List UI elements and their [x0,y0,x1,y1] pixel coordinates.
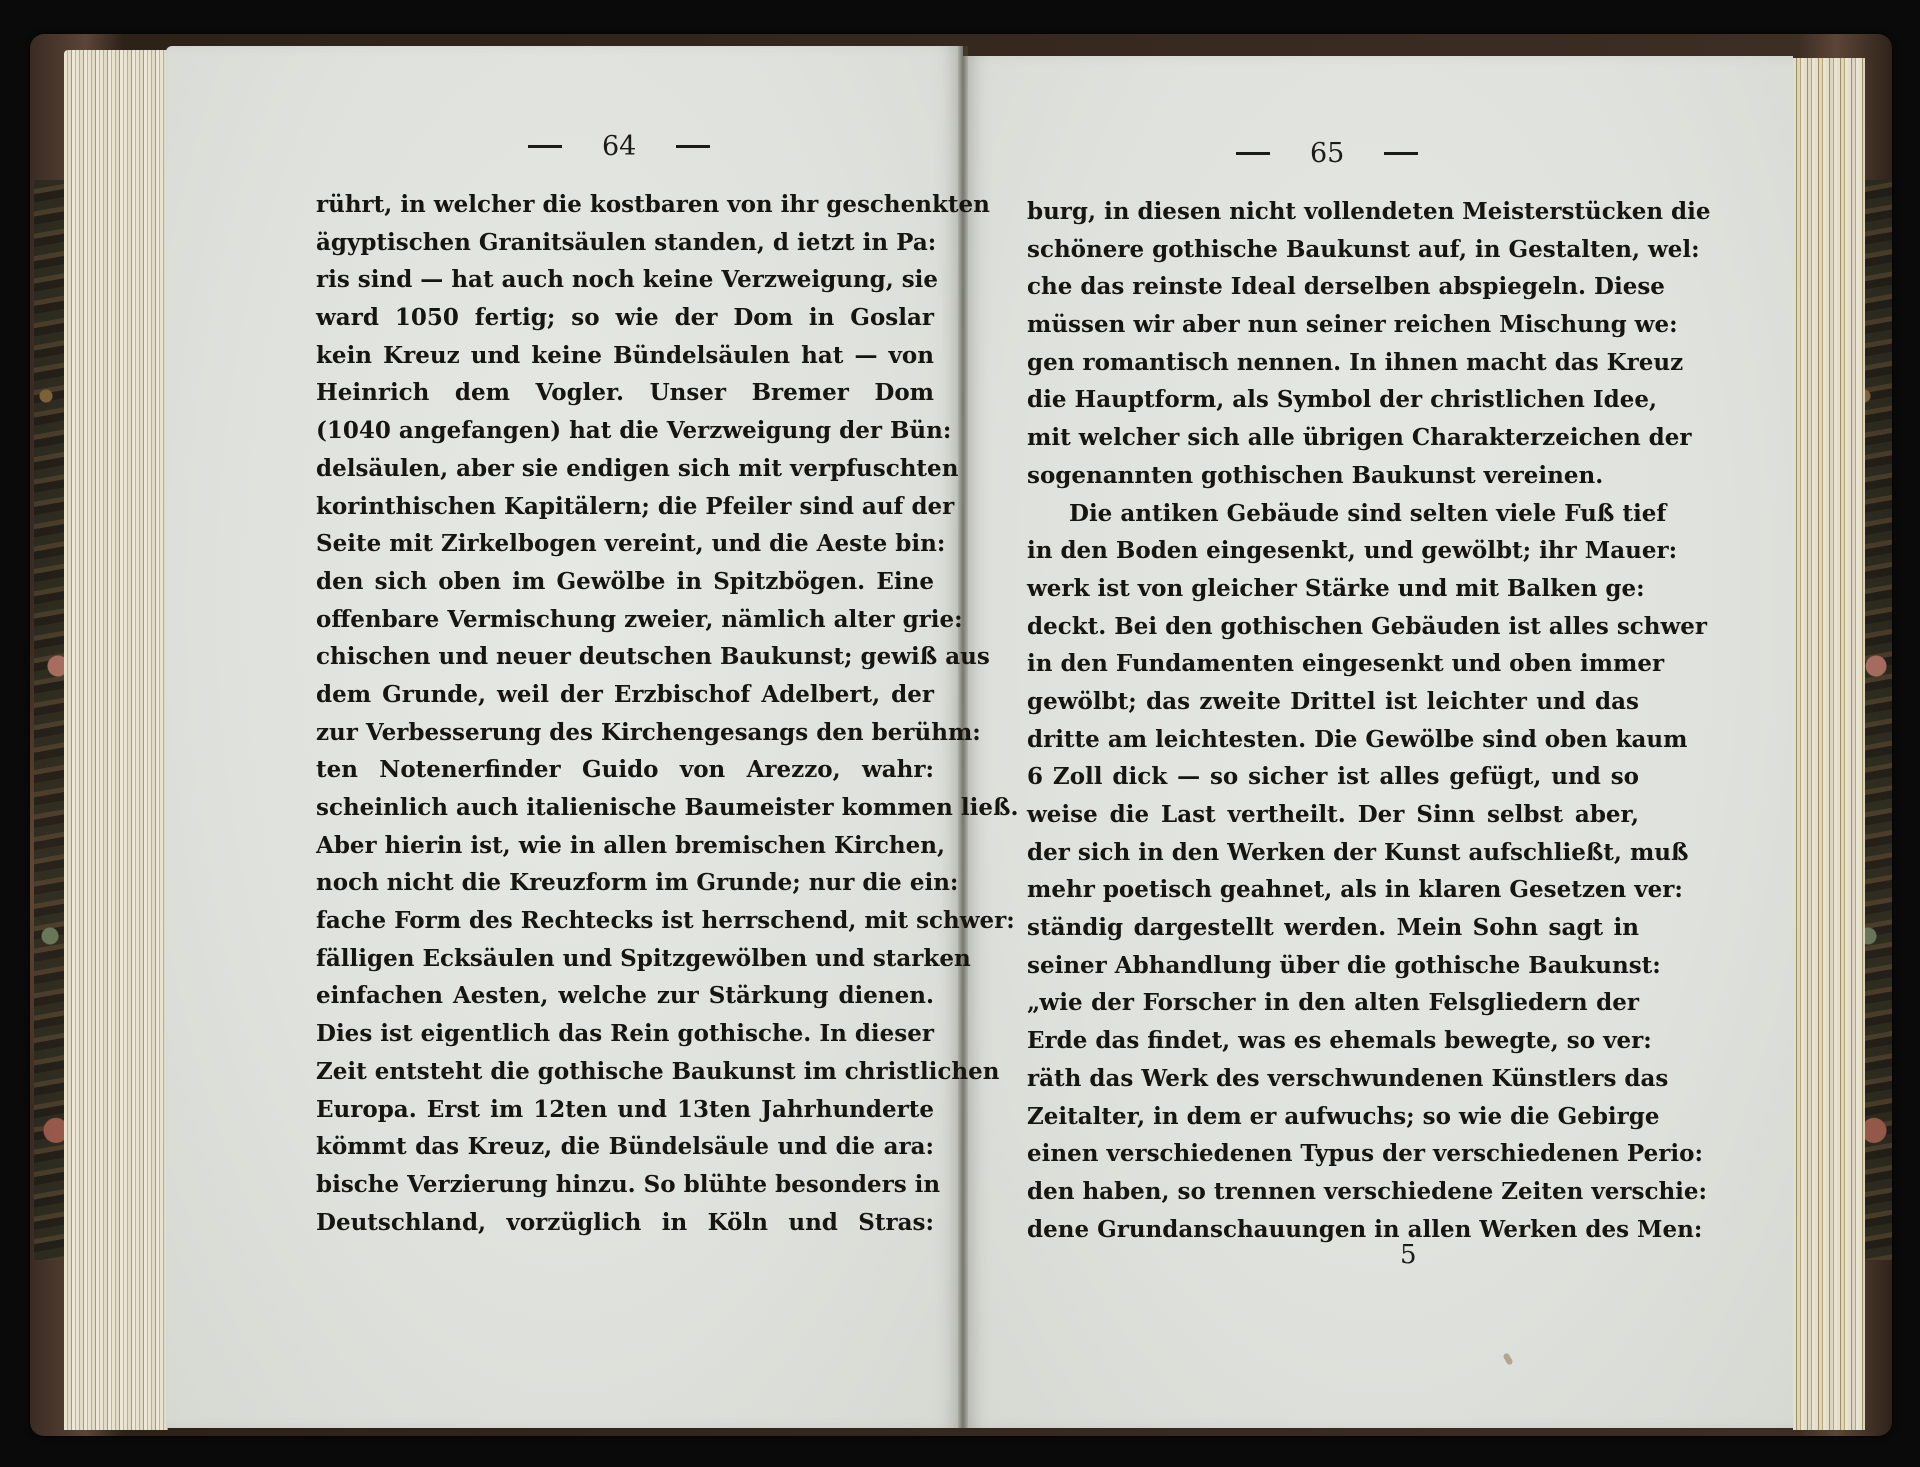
text-line: „wie der Forscher in den alten Felsglied… [1027,984,1639,1022]
text-line: (1040 angefangen) hat die Verzweigung de… [316,412,934,450]
page-edges-right [1793,58,1865,1430]
text-line: korinthischen Kapitälern; die Pfeiler si… [316,488,934,526]
text-line: kein Kreuz und keine Bündelsäulen hat — … [316,337,934,375]
text-line: offenbare Vermischung zweier, nämlich al… [316,601,934,639]
text-line: fälligen Ecksäulen und Spitzgewölben und… [316,940,934,978]
text-line: 6 Zoll dick — so sicher ist alles gefügt… [1027,758,1639,796]
text-line: Zeitalter, in dem er aufwuchs; so wie di… [1027,1098,1639,1136]
text-line: weise die Last vertheilt. Der Sinn selbs… [1027,796,1639,834]
header-dash-left [528,145,562,148]
text-line: zur Verbesserung des Kirchengesangs den … [316,714,934,752]
text-line: in den Fundamenten eingesenkt und oben i… [1027,645,1639,683]
text-line: Zeit entsteht die gothische Baukunst im … [316,1053,934,1091]
text-line: seiner Abhandlung über die gothische Bau… [1027,947,1639,985]
text-line: werk ist von gleicher Stärke und mit Bal… [1027,570,1639,608]
text-line: der sich in den Werken der Kunst aufschl… [1027,834,1639,872]
text-line: ständig dargestellt werden. Mein Sohn sa… [1027,909,1639,947]
text-line: einen verschiedenen Typus der verschiede… [1027,1135,1639,1173]
text-line: ward 1050 fertig; so wie der Dom in Gosl… [316,299,934,337]
left-page-header: 64 [528,131,710,162]
text-line: schönere gothische Baukunst auf, in Gest… [1027,231,1639,269]
right-page-header: 65 [1236,138,1418,169]
text-line: fache Form des Rechtecks ist herrschend,… [316,902,934,940]
page-edges-left [64,50,168,1430]
text-line: gen romantisch nennen. In ihnen macht da… [1027,344,1639,382]
text-line: bische Verzierung hinzu. So blühte beson… [316,1166,934,1204]
right-page-text: burg, in diesen nicht vollendeten Meiste… [1027,193,1639,1248]
text-line: dene Grundanschauungen in allen Werken d… [1027,1211,1639,1249]
text-line: Deutschland, vorzüglich in Köln und Stra… [316,1204,934,1242]
header-dash-left [1236,152,1270,155]
page-number-64: 64 [602,131,636,162]
header-dash-right [1384,152,1418,155]
text-line: ris sind — hat auch noch keine Verzweigu… [316,261,934,299]
text-line: Erde das findet, was es ehemals bewegte,… [1027,1022,1639,1060]
left-page-text: rührt, in welcher die kostbaren von ihr … [316,186,934,1241]
text-line: noch nicht die Kreuzform im Grunde; nur … [316,864,934,902]
text-line: dritte am leichtesten. Die Gewölbe sind … [1027,721,1639,759]
text-line: gewölbt; das zweite Drittel ist leichter… [1027,683,1639,721]
text-line: Aber hierin ist, wie in allen bremischen… [316,827,934,865]
text-line: mit welcher sich alle übrigen Charakterz… [1027,419,1639,457]
text-line: Die antiken Gebäude sind selten viele Fu… [1027,495,1639,533]
text-line: mehr poetisch geahnet, als in klaren Ges… [1027,871,1639,909]
text-line: che das reinste Ideal derselben abspiege… [1027,268,1639,306]
text-line: burg, in diesen nicht vollendeten Meiste… [1027,193,1639,231]
text-line: die Hauptform, als Symbol der christlich… [1027,381,1639,419]
header-dash-right [676,145,710,148]
text-line: delsäulen, aber sie endigen sich mit ver… [316,450,934,488]
text-line: in den Boden eingesenkt, und gewölbt; ih… [1027,532,1639,570]
text-line: ägyptischen Granitsäulen standen, d ietz… [316,224,934,262]
text-line: sogenannten gothischen Baukunst vereinen… [1027,457,1639,495]
text-line: räth das Werk des verschwundenen Künstle… [1027,1060,1639,1098]
text-line: den sich oben im Gewölbe in Spitzbögen. … [316,563,934,601]
text-line: rührt, in welcher die kostbaren von ihr … [316,186,934,224]
text-line: Heinrich dem Vogler. Unser Bremer Dom [316,374,934,412]
text-line: ten Notenerfinder Guido von Arezzo, wahr… [316,751,934,789]
text-line: den haben, so trennen verschiedene Zeite… [1027,1173,1639,1211]
text-line: Europa. Erst im 12ten und 13ten Jahrhund… [316,1091,934,1129]
text-line: einfachen Aesten, welche zur Stärkung di… [316,977,934,1015]
text-line: müssen wir aber nun seiner reichen Misch… [1027,306,1639,344]
text-line: kömmt das Kreuz, die Bündelsäule und die… [316,1128,934,1166]
text-line: dem Grunde, weil der Erzbischof Adelbert… [316,676,934,714]
text-line: Seite mit Zirkelbogen vereint, und die A… [316,525,934,563]
text-line: Dies ist eigentlich das Rein gothische. … [316,1015,934,1053]
signature-mark: 5 [1400,1240,1417,1270]
text-line: scheinlich auch italienische Baumeister … [316,789,934,827]
text-line: chischen und neuer deutschen Baukunst; g… [316,638,934,676]
page-number-65: 65 [1310,138,1344,169]
text-line: deckt. Bei den gothischen Gebäuden ist a… [1027,608,1639,646]
